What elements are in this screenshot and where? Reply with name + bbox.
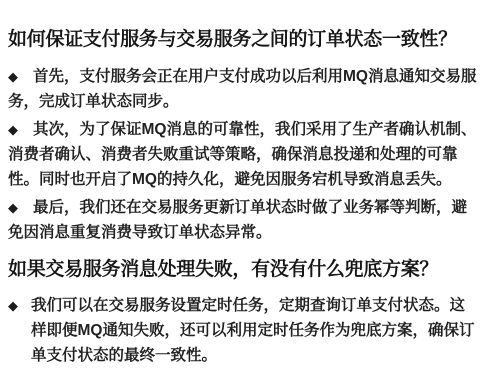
bullet-text: 其次，为了保证MQ消息的可靠性，我们采用了生产者确认机制、消费者确认、消费者失败… xyxy=(8,121,476,188)
diamond-bullet-icon: ◆ xyxy=(8,122,18,137)
bullet-text: 首先，支付服务会正在用户支付成功以后利用MQ消息通知交易服务，完成订单状态同步。 xyxy=(8,68,476,110)
diamond-bullet-icon: ◆ xyxy=(8,200,18,215)
bullet-text: 最后，我们还在交易服务更新订单状态时做了业务幂等判断，避免因消息重复消费导致订单… xyxy=(8,199,467,241)
bullet-text: 我们可以在交易服务设置定时任务，定期查询订单支付状态。这样即便MQ通知失败，还可… xyxy=(31,293,480,368)
bullet-item: ◆其次，为了保证MQ消息的可靠性，我们采用了生产者确认机制、消费者确认、消费者失… xyxy=(8,117,480,192)
question-heading-1: 如何保证支付服务与交易服务之间的订单状态一致性？ xyxy=(8,28,480,52)
bullet-item: ◆首先，支付服务会正在用户支付成功以后利用MQ消息通知交易服务，完成订单状态同步… xyxy=(8,64,480,114)
diamond-bullet-icon: ◆ xyxy=(8,293,31,318)
question-heading-2: 如果交易服务消息处理失败，有没有什么兜底方案？ xyxy=(8,258,480,282)
document-page: 如何保证支付服务与交易服务之间的订单状态一致性？ ◆首先，支付服务会正在用户支付… xyxy=(0,0,490,369)
bullet-item: ◆ 我们可以在交易服务设置定时任务，定期查询订单支付状态。这样即便MQ通知失败，… xyxy=(8,293,480,368)
diamond-bullet-icon: ◆ xyxy=(8,69,18,84)
bullet-item: ◆最后，我们还在交易服务更新订单状态时做了业务幂等判断，避免因消息重复消费导致订… xyxy=(8,195,480,245)
